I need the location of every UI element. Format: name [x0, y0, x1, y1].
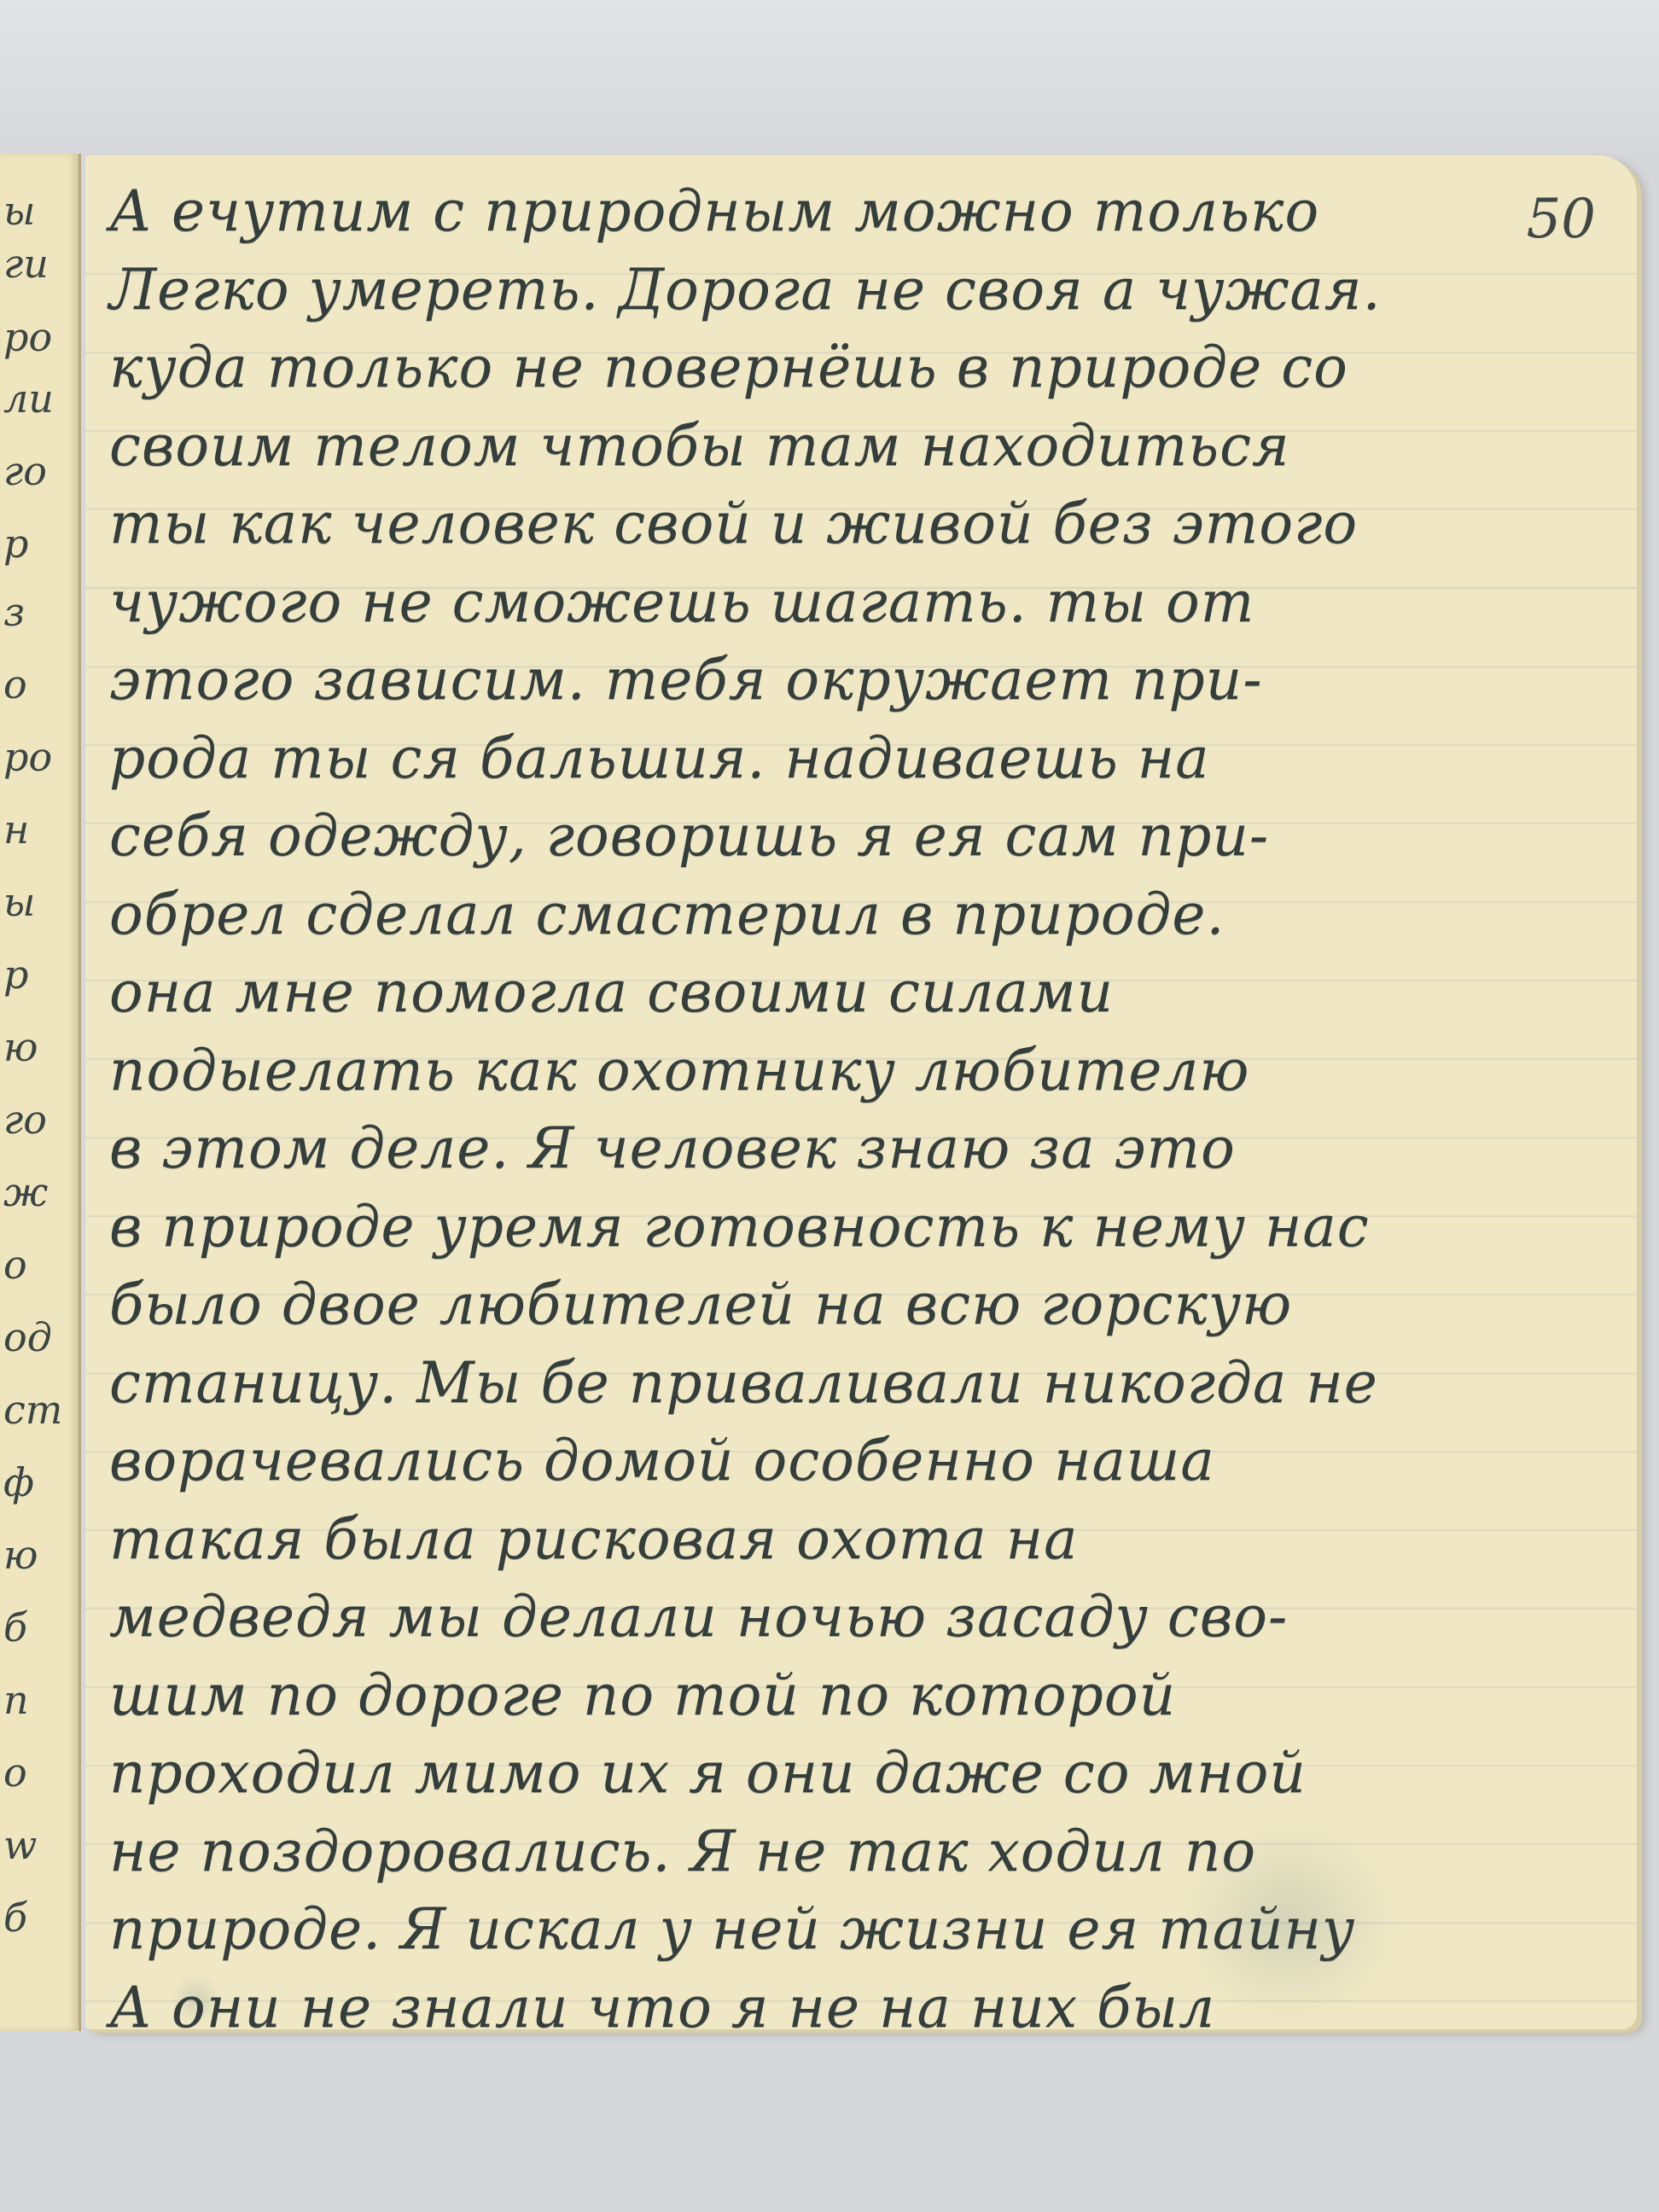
facing-page-fragment: го: [3, 448, 47, 494]
facing-page-fragment: ро: [3, 734, 52, 780]
text-line: подыелать как охотнику любителю: [109, 1032, 1603, 1110]
facing-page-fragment: ю: [3, 1024, 38, 1070]
text-line: станицу. Мы бе приваливали никогда не: [109, 1344, 1603, 1423]
facing-page-fragment: о: [3, 661, 27, 707]
facing-page-fragment: ф: [3, 1459, 34, 1505]
facing-page-fragment: о: [3, 1749, 27, 1796]
facing-page-fragment: ст: [3, 1387, 62, 1433]
text-line: А они не знали что я не на них был: [109, 1969, 1603, 2030]
text-line: в природе уремя готовность к нему нас: [109, 1188, 1603, 1266]
facing-page-fragment: р: [3, 952, 28, 998]
facing-page-fragment: ги: [3, 241, 49, 287]
facing-page-fragment: од: [3, 1314, 52, 1360]
facing-page-fragment: н: [3, 806, 29, 853]
text-line: чужого не сможешь шагать. ты от: [109, 563, 1603, 642]
facing-page-fragment: р: [3, 521, 28, 567]
handwritten-text: А ечутим с природным можно только Легко …: [109, 172, 1603, 2029]
text-line: медведя мы делали ночью засаду сво-: [109, 1578, 1603, 1656]
text-line: было двое любителей на всю горскую: [109, 1266, 1603, 1344]
text-line: А ечутим с природным можно только: [109, 172, 1603, 251]
text-line: этого зависим. тебя окружает при-: [109, 641, 1603, 719]
text-line: Легко умереть. Дорога не своя а чужая.: [109, 251, 1603, 329]
text-line: рода ты ся бальшия. надиваешь на: [109, 719, 1603, 798]
text-line: куда только не повернёшь в природе со: [109, 329, 1603, 407]
facing-page-fragment: з: [3, 589, 25, 635]
text-line: обрел сделал смастерил в природе.: [109, 876, 1603, 954]
facing-page-fragment: ро: [3, 314, 52, 360]
text-line: своим телом чтобы там находиться: [109, 407, 1603, 486]
text-line: себя одежду, говоришь я ея сам при-: [109, 797, 1603, 876]
facing-page-fragment: го: [3, 1097, 47, 1143]
facing-page-fragment: ю: [3, 1532, 38, 1578]
text-line: она мне помогла своими силами: [109, 953, 1603, 1032]
scan-background: [0, 0, 1659, 154]
text-line: проходил мимо их я они даже со мной: [109, 1734, 1603, 1813]
facing-page-fragment: п: [3, 1677, 29, 1723]
text-line: в этом деле. Я человек знаю за это: [109, 1109, 1603, 1188]
facing-page-fragment: ли: [3, 375, 54, 422]
facing-page-fragment: w: [3, 1822, 37, 1868]
text-line: такая была рисковая охота на: [109, 1500, 1603, 1579]
facing-page-fragment: б: [3, 1895, 27, 1941]
text-line: шим по дороге по той по которой: [109, 1656, 1603, 1735]
text-line: природе. Я искал у ней жизни ея тайну: [109, 1890, 1603, 1969]
text-line: ворачевались домой особенно наша: [109, 1422, 1603, 1500]
text-line: ты как человек свой и живой без этого: [109, 485, 1603, 563]
facing-page-fragment: ж: [3, 1169, 48, 1215]
facing-page-fragment: б: [3, 1604, 27, 1650]
facing-page-fragment: ы: [3, 188, 35, 234]
facing-page-edge: ы ги ро ли го р з о ро н ы р ю го ж о од…: [0, 154, 81, 2031]
facing-page-fragment: о: [3, 1242, 27, 1288]
notebook-page: 50 А ечутим с природным можно только Лег…: [85, 155, 1637, 2029]
text-line: не поздоровались. Я не так ходил по: [109, 1813, 1603, 1891]
facing-page-fragment: ы: [3, 879, 35, 925]
